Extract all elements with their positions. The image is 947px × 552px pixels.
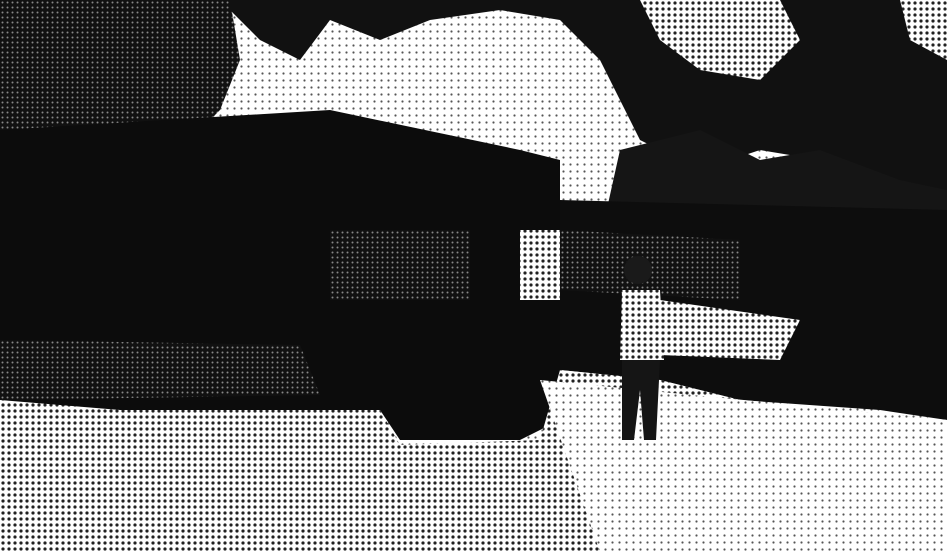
photo (0, 0, 947, 552)
truck-left (0, 110, 560, 440)
halftone-photo-svg (0, 0, 947, 552)
